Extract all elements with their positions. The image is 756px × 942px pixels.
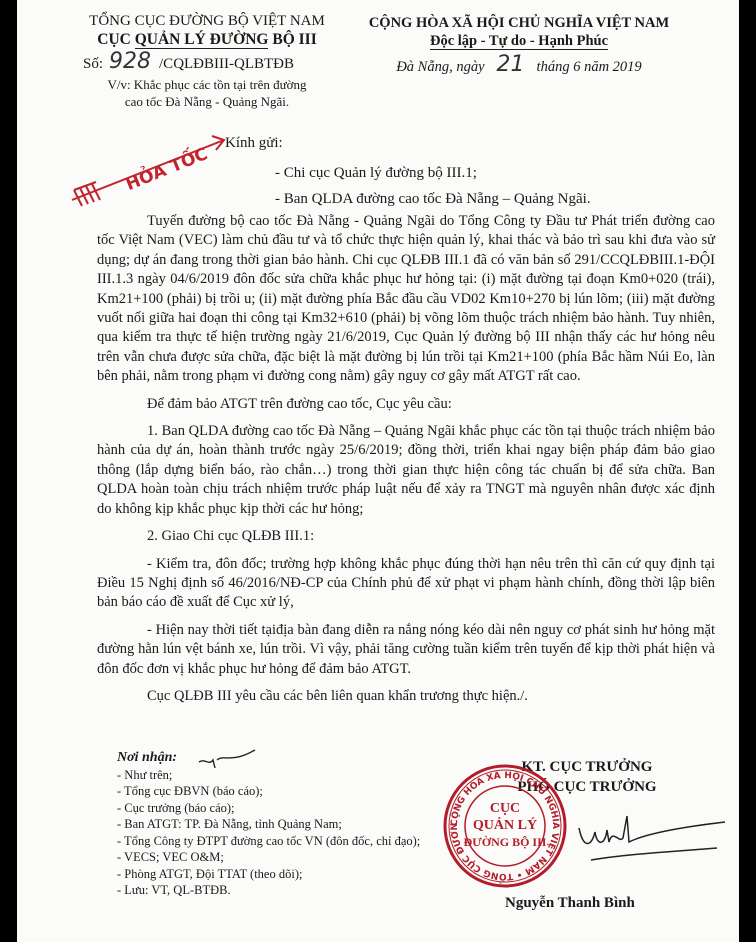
distribution-item: - Tổng Công ty ĐTPT đường cao tốc VN (đô… <box>117 833 420 850</box>
signer-name: Nguyễn Thanh Bình <box>505 895 635 912</box>
issuing-agency-header: TỔNG CỤC ĐƯỜNG BỘ VIỆT NAM CỤC QUẢN LÝ Đ… <box>77 12 337 110</box>
national-header: CỘNG HÒA XÃ HỘI CHỦ NGHĨA VIỆT NAM Độc l… <box>339 14 699 82</box>
distribution-list: Nơi nhận: - Như trên; - Tổng cục ĐBVN (b… <box>117 750 420 899</box>
agency-name: CỤC QUẢN LÝ ĐƯỜNG BỘ III <box>77 30 337 50</box>
recipient: - Ban QLDA đường cao tốc Đà Nẵng – Quảng… <box>275 186 591 212</box>
recipient: - Chi cục Quản lý đường bộ III.1; <box>275 160 591 186</box>
body-paragraph: 2. Giao Chi cục QLĐB III.1: <box>97 527 715 546</box>
seal-center-text: CỤC QUẢN LÝ ĐƯỜNG BỘ III <box>457 800 553 851</box>
initial-signature-icon <box>197 748 257 770</box>
distribution-item: - Phòng ATGT, Đội TTAT (theo dõi); <box>117 866 420 883</box>
signature-icon <box>577 808 727 868</box>
body-paragraph: - Kiểm tra, đôn đốc; trường hợp không kh… <box>97 555 715 613</box>
motto: Độc lập - Tự do - Hạnh Phúc <box>339 32 699 50</box>
parent-agency: TỔNG CỤC ĐƯỜNG BỘ VIỆT NAM <box>77 12 337 30</box>
letter-body: Tuyến đường bộ cao tốc Đà Nẵng - Quảng N… <box>97 212 715 714</box>
subject-line: V/v: Khắc phục các tồn tại trên đường ca… <box>77 76 337 110</box>
body-paragraph: Để đảm bảo ATGT trên đường cao tốc, Cục … <box>97 395 715 414</box>
svg-text:HỎA TỐC: HỎA TỐC <box>122 140 211 195</box>
handwritten-number: 928 <box>109 49 151 74</box>
body-paragraph: - Hiện nay thời tiết tạiđịa bàn đang diễ… <box>97 621 715 679</box>
body-paragraph: Tuyến đường bộ cao tốc Đà Nẵng - Quảng N… <box>97 212 715 387</box>
handwritten-day: 21 <box>497 52 525 77</box>
distribution-item: - Ban ATGT: TP. Đà Nẵng, tỉnh Quảng Nam; <box>117 816 420 833</box>
recipient-list: - Chi cục Quản lý đường bộ III.1; - Ban … <box>275 160 591 212</box>
issue-date: Đà Nẵng, ngày21tháng 6 năm 2019 <box>339 50 699 82</box>
salutation: Kính gửi: <box>225 135 283 152</box>
distribution-item: - Tổng cục ĐBVN (báo cáo); <box>117 783 420 800</box>
distribution-title: Nơi nhận: <box>117 750 420 767</box>
distribution-item: - Cục trưởng (báo cáo); <box>117 800 420 817</box>
distribution-item: - Lưu: VT, QL-BTĐB. <box>117 882 420 899</box>
body-paragraph: Cục QLĐB III yêu cầu các bên liên quan k… <box>97 687 715 706</box>
document-page: TỔNG CỤC ĐƯỜNG BỘ VIỆT NAM CỤC QUẢN LÝ Đ… <box>17 0 739 942</box>
urgent-arrow-stamp-icon: HỎA TỐC <box>52 128 232 208</box>
national-title: CỘNG HÒA XÃ HỘI CHỦ NGHĨA VIỆT NAM <box>339 14 699 32</box>
distribution-item: - Như trên; <box>117 767 420 784</box>
distribution-item: - VECS; VEC O&M; <box>117 849 420 866</box>
body-paragraph: 1. Ban QLDA đường cao tốc Đà Nẵng – Quản… <box>97 422 715 519</box>
document-number: Số:928/CQLĐBIII-QLBTĐB <box>77 50 337 76</box>
